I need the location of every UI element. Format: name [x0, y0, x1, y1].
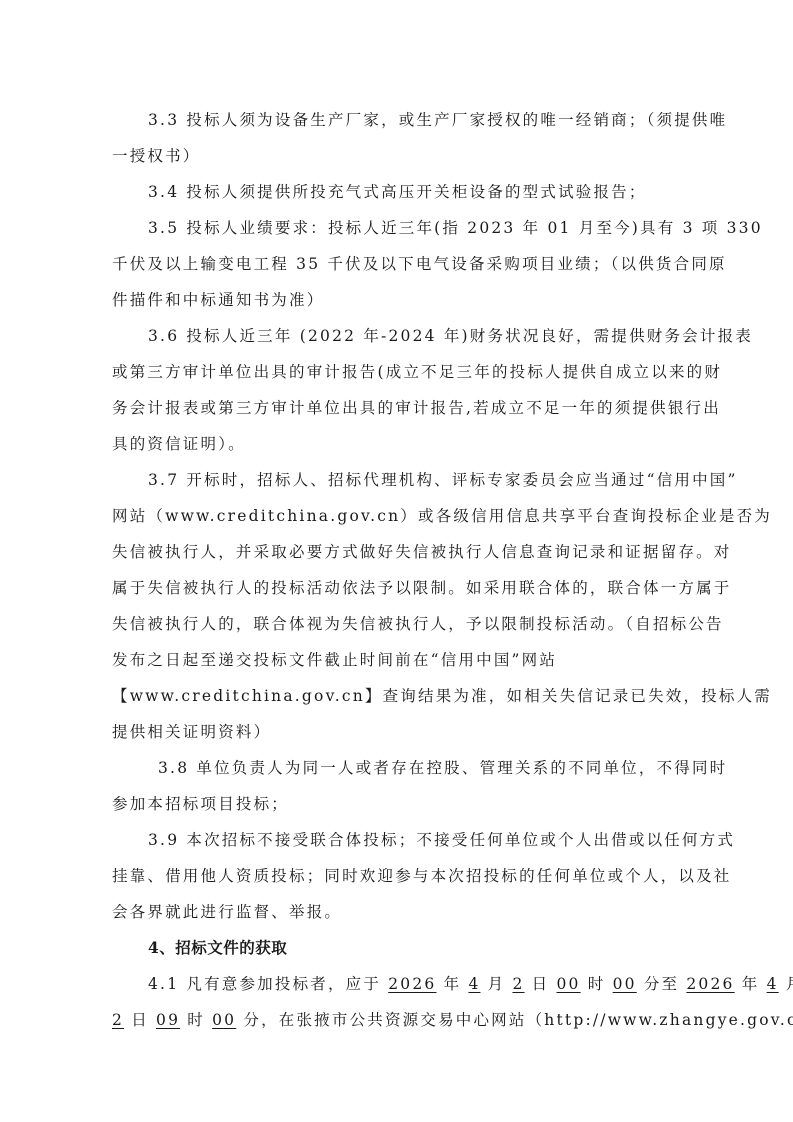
paragraph-3-7-line-3: 失信被执行人，并采取必要方式做好失信被执行人信息查询记录和证据留存。对	[112, 542, 682, 562]
end-year: 2026	[686, 975, 734, 993]
p41-year-label-2: 年	[735, 975, 767, 993]
end-month: 4	[767, 975, 779, 993]
paragraph-3-6-line-2: 或第三方审计单位出具的审计报告(成立不足三年的投标人提供自成立以来的财	[112, 362, 682, 382]
p41-year-label: 年	[436, 975, 468, 993]
paragraph-3-5-line-3: 件描件和中标通知书为准）	[112, 290, 682, 310]
paragraph-3-6-line-4: 具的资信证明）。	[112, 434, 682, 454]
paragraph-3-7-line-7: 【www.creditchina.gov.cn】查询结果为准，如相关失信记录已失…	[112, 686, 682, 706]
paragraph-3-7-line-4: 属于失信被执行人的投标活动依法予以限制。如采用联合体的，联合体一方属于	[112, 578, 682, 598]
paragraph-3-7-line-8: 提供相关证明资料）	[112, 722, 682, 742]
paragraph-3-9-line-3: 会各界就此进行监督、举报。	[112, 902, 682, 922]
start-minute: 00	[613, 975, 637, 993]
paragraph-3-9-line-1: 3.9 本次招标不接受联合体投标；不接受任何单位或个人出借或以任何方式	[148, 830, 682, 850]
section-heading-4: 4、招标文件的获取	[148, 938, 682, 958]
paragraph-3-6-line-3: 务会计报表或第三方审计单位出具的审计报告,若成立不足一年的须提供银行出	[112, 398, 682, 418]
end-minute: 00	[212, 1011, 236, 1029]
paragraph-4-1-line-2: 2 日 09 时 00 分，在张掖市公共资源交易中心网站（http://www.…	[112, 1010, 682, 1030]
paragraph-3-3-line-1: 3.3 投标人须为设备生产厂家，或生产厂家授权的唯一经销商；（须提供唯	[148, 110, 682, 130]
start-year: 2026	[388, 975, 436, 993]
paragraph-3-9-line-2: 挂靠、借用他人资质投标；同时欢迎参与本次招投标的任何单位或个人，以及社	[112, 866, 682, 886]
start-hour: 00	[557, 975, 581, 993]
paragraph-3-7-line-1: 3.7 开标时，招标人、招标代理机构、评标专家委员会应当通过“信用中国”	[148, 470, 682, 490]
end-day-part-2: 2	[112, 1011, 124, 1029]
p41-hour-label-2: 时	[180, 1011, 212, 1029]
p41-day-label: 日	[525, 975, 557, 993]
paragraph-3-5-line-2: 千伏及以上输变电工程 35 千伏及以下电气设备采购项目业绩；（以供货合同原	[112, 254, 682, 274]
document-page: 3.3 投标人须为设备生产厂家，或生产厂家授权的唯一经销商；（须提供唯 一授权书…	[0, 0, 793, 1122]
paragraph-3-8-line-2: 参加本招标项目投标；	[112, 794, 682, 814]
paragraph-4-1-line-1: 4.1 凡有意参加投标者，应于 2026 年 4 月 2 日 00 时 00 分…	[148, 974, 682, 994]
p41-hour-label: 时	[581, 975, 613, 993]
p41-month-label: 月	[481, 975, 513, 993]
start-day: 2	[512, 975, 524, 993]
start-month: 4	[468, 975, 480, 993]
p41-month-label-2: 月	[779, 975, 793, 993]
p41-prefix: 4.1 凡有意参加投标者，应于	[148, 975, 388, 993]
p41-day-label-2: 日	[124, 1011, 156, 1029]
paragraph-3-8-line-1: 3.8 单位负责人为同一人或者存在控股、管理关系的不同单位，不得同时	[158, 758, 682, 778]
paragraph-3-7-line-2: 网站（www.creditchina.gov.cn）或各级信用信息共享平台查询投…	[112, 506, 682, 526]
paragraph-3-7-line-6: 发布之日起至递交投标文件截止时间前在“信用中国”网站	[112, 650, 682, 670]
p41-minute-to-label: 分至	[637, 975, 687, 993]
end-hour: 09	[156, 1011, 180, 1029]
p41-suffix: 分，在张掖市公共资源交易中心网站（http://www.zhangye.gov.…	[236, 1011, 793, 1029]
paragraph-3-4: 3.4 投标人须提供所投充气式高压开关柜设备的型式试验报告；	[148, 182, 682, 202]
paragraph-3-6-line-1: 3.6 投标人近三年 (2022 年-2024 年)财务状况良好，需提供财务会计…	[148, 326, 682, 346]
paragraph-3-5-line-1: 3.5 投标人业绩要求：投标人近三年(指 2023 年 01 月至今)具有 3 …	[148, 218, 682, 238]
paragraph-3-3-line-2: 一授权书）	[112, 146, 682, 166]
paragraph-3-7-line-5: 失信被执行人的，联合体视为失信被执行人，予以限制投标活动。（自招标公告	[112, 614, 682, 634]
